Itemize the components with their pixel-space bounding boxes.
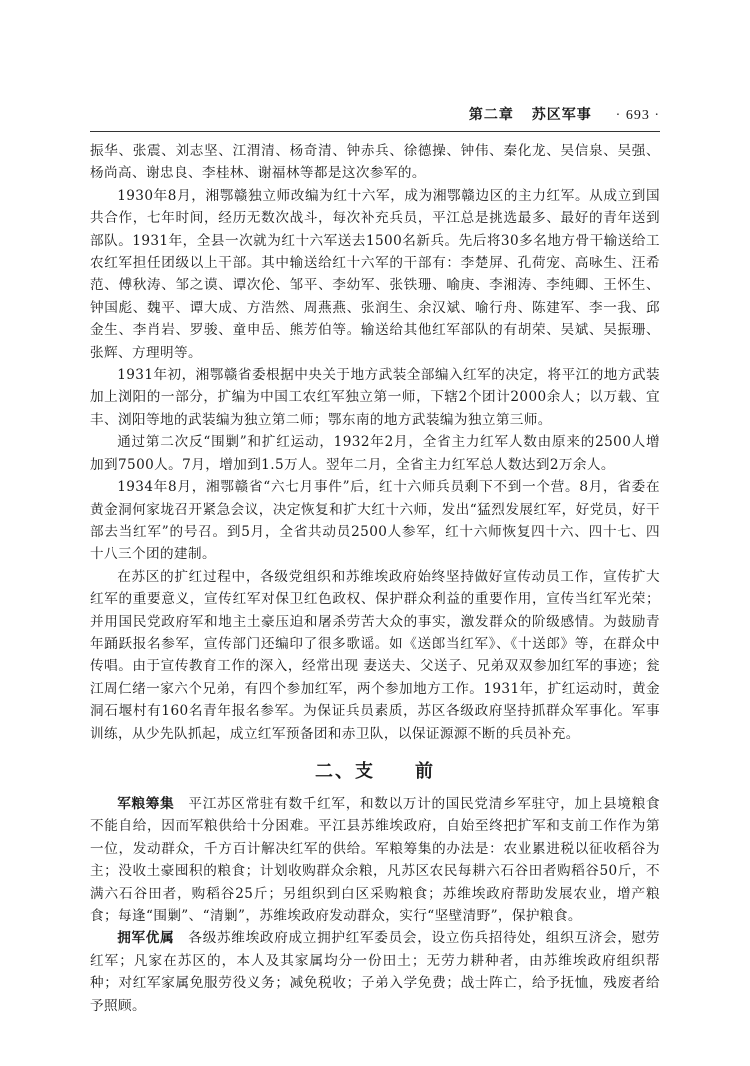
subsection-text: 各级苏维埃政府成立拥护红军委员会，设立伤兵招待处，组织互济会，慰劳红军；凡家在苏… <box>90 930 660 1013</box>
paragraph: 在苏区的扩红过程中，各级党组织和苏维埃政府始终坚持做好宣传动员工作，宣传扩大红军… <box>90 566 660 745</box>
paragraph: 1931年初，湘鄂赣省委根据中央关于地方武装全部编入红军的决定，将平江的地方武装… <box>90 364 660 431</box>
paragraph: 振华、张震、刘志坚、江渭清、杨奇清、钟赤兵、徐德操、钟伟、秦化龙、吴信泉、吴强、… <box>90 140 660 185</box>
header-rule <box>90 131 660 132</box>
subsection-lead: 拥军优属 <box>117 930 174 946</box>
chapter-label: 第二章 <box>469 107 514 123</box>
section-label: 苏区军事 <box>532 107 592 123</box>
paragraph: 1930年8月，湘鄂赣独立师改编为红十六军，成为湘鄂赣边区的主力红军。从成立到国… <box>90 185 660 364</box>
subsection-text: 平江苏区常驻有数千红军，和数以万计的国民党清乡军驻守，加上县境粮食不能自给，因而… <box>90 796 660 924</box>
subsection-paragraph: 拥军优属各级苏维埃政府成立拥护红军委员会，设立伤兵招待处，组织互济会，慰劳红军；… <box>90 927 660 1017</box>
section-heading-number: 二、支 <box>315 761 375 782</box>
page-number: · 693 · <box>616 108 660 123</box>
section-heading-tail: 前 <box>415 761 435 782</box>
paragraph: 通过第二次反“围剿”和扩红运动，1932年2月，全省主力红军人数由原来的2500… <box>90 431 660 476</box>
section-heading: 二、支前 <box>90 759 660 785</box>
subsection-paragraph: 军粮筹集平江苏区常驻有数千红军，和数以万计的国民党清乡军驻守，加上县境粮食不能自… <box>90 793 660 927</box>
paragraph: 1934年8月，湘鄂赣省“六七月事件”后，红十六师兵员剩下不到一个营。8月，省委… <box>90 476 660 566</box>
body-text: 振华、张震、刘志坚、江渭清、杨奇清、钟赤兵、徐德操、钟伟、秦化龙、吴信泉、吴强、… <box>90 140 660 1017</box>
running-head: 第二章 苏区军事 · 693 · <box>469 104 660 124</box>
subsection-lead: 军粮筹集 <box>117 796 174 812</box>
